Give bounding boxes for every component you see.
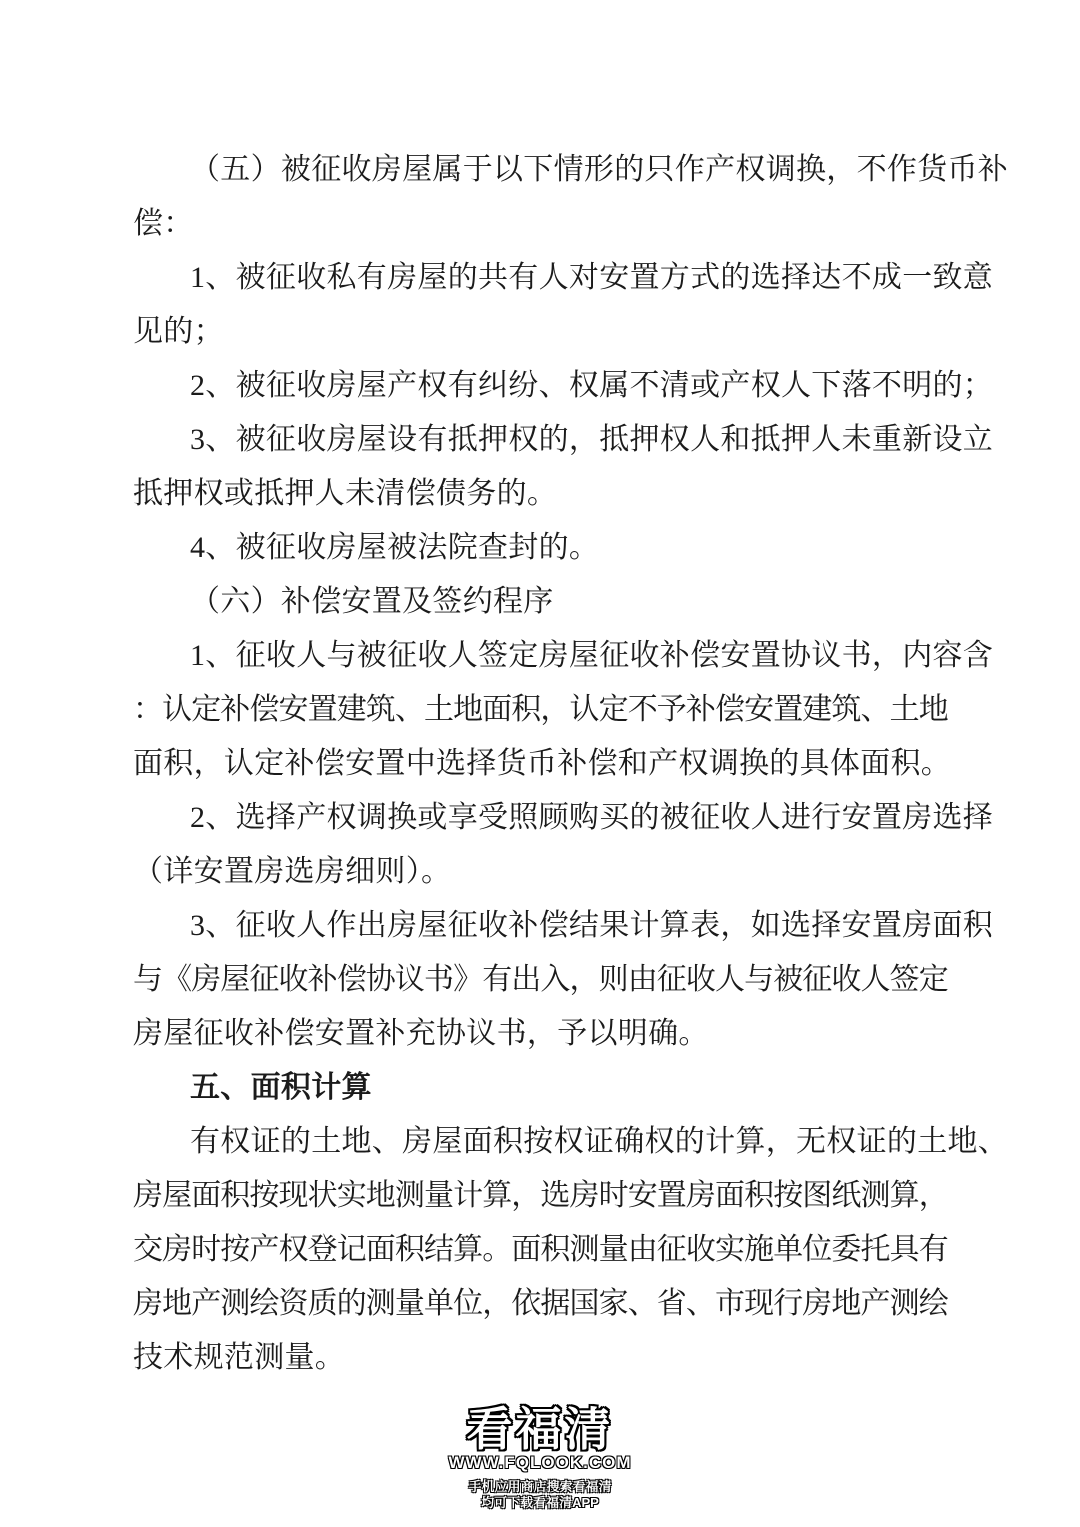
text-line: 房屋面积按现状实地测量计算，选房时安置房面积按图纸测算，: [133, 1169, 951, 1223]
text-line: （详安置房选房细则）。: [133, 845, 951, 899]
text-line: 房地产测绘资质的测量单位，依据国家、省、市现行房地产测绘: [133, 1277, 951, 1331]
text-line: 房屋征收补偿安置补充协议书，予以明确。: [133, 1007, 951, 1061]
watermark-tagline: 均可下载看福清APP: [0, 1495, 1080, 1511]
text-line: 抵押权或抵押人未清偿债务的。: [133, 467, 951, 521]
text-line: 2、被征收房屋产权有纠纷、权属不清或产权人下落不明的；: [133, 359, 951, 413]
text-line: 2、选择产权调换或享受照顾购买的被征收人进行安置房选择: [133, 791, 951, 845]
text-line: 4、被征收房屋被法院查封的。: [133, 521, 951, 575]
document-text-block: （五）被征收房屋属于以下情形的只作产权调换，不作货币补 偿： 1、被征收私有房屋…: [133, 143, 951, 1385]
text-line: 面积，认定补偿安置中选择货币补偿和产权调换的具体面积。: [133, 737, 951, 791]
text-line: （五）被征收房屋属于以下情形的只作产权调换，不作货币补: [133, 143, 951, 197]
text-line: 有权证的土地、房屋面积按权证确权的计算，无权证的土地、: [133, 1115, 951, 1169]
watermark: 看福清 WWW.FQLOOK.COM 手机应用商店搜索看福清 均可下载看福清AP…: [0, 1404, 1080, 1511]
text-line: 技术规范测量。: [133, 1331, 951, 1385]
section-heading: 五、面积计算: [133, 1061, 951, 1115]
text-line: ：认定补偿安置建筑、土地面积，认定不予补偿安置建筑、土地: [133, 683, 951, 737]
text-line: 偿：: [133, 197, 951, 251]
text-line: 1、征收人与被征收人签定房屋征收补偿安置协议书，内容含: [133, 629, 951, 683]
document-page: （五）被征收房屋属于以下情形的只作产权调换，不作货币补 偿： 1、被征收私有房屋…: [0, 0, 1080, 1527]
subsection-heading: （六）补偿安置及签约程序: [133, 575, 951, 629]
watermark-url: WWW.FQLOOK.COM: [0, 1454, 1080, 1471]
text-line: 3、征收人作出房屋征收补偿结果计算表，如选择安置房面积: [133, 899, 951, 953]
text-line: 见的；: [133, 305, 951, 359]
text-line: 1、被征收私有房屋的共有人对安置方式的选择达不成一致意: [133, 251, 951, 305]
text-line: 3、被征收房屋设有抵押权的，抵押权人和抵押人未重新设立: [133, 413, 951, 467]
watermark-tagline: 手机应用商店搜索看福清: [0, 1479, 1080, 1495]
text-line: 交房时按产权登记面积结算。面积测量由征收实施单位委托具有: [133, 1223, 951, 1277]
watermark-logo: 看福清: [0, 1404, 1080, 1454]
text-line: 与《房屋征收补偿协议书》有出入，则由征收人与被征收人签定: [133, 953, 951, 1007]
